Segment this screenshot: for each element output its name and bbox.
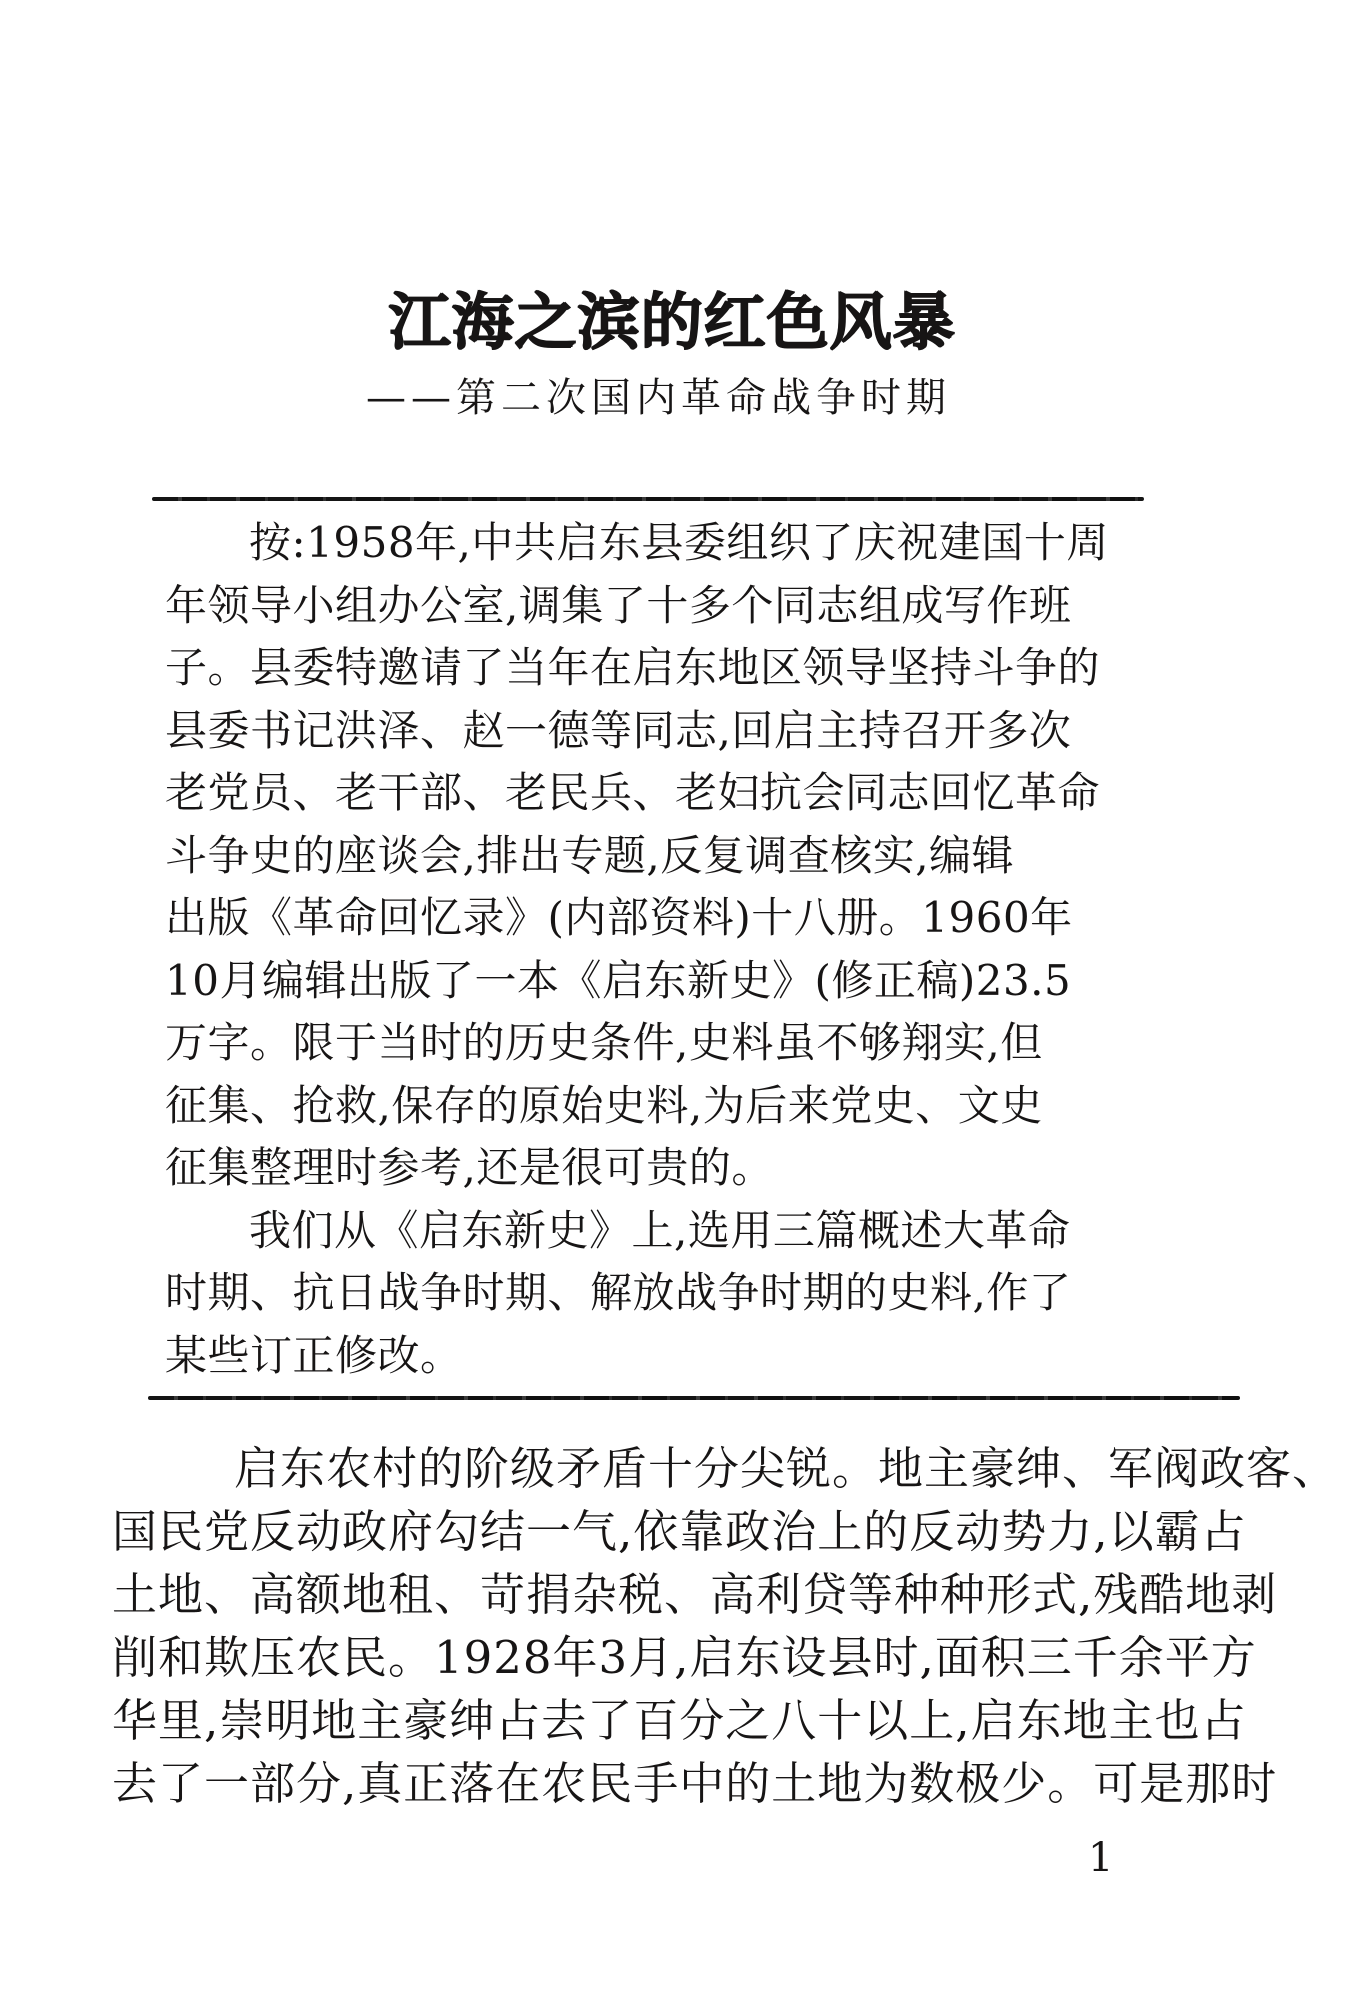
preface-line: 10月编辑出版了一本《启东新史》(修正稿)23.5 <box>165 950 1185 1013</box>
body-line: 启东农村的阶级矛盾十分尖锐。地主豪绅、军阀政客、 <box>112 1437 1302 1500</box>
preface-line: 子。县委特邀请了当年在启东地区领导坚持斗争的 <box>165 637 1185 700</box>
page-subtitle: ——第二次国内革命战争时期 <box>366 374 951 422</box>
body-text-block: 启东农村的阶级矛盾十分尖锐。地主豪绅、军阀政客、 国民党反动政府勾结一气,依靠政… <box>112 1437 1302 1815</box>
preface-block: 按:1958年,中共启东县委组织了庆祝建国十周 年领导小组办公室,调集了十多个同… <box>165 512 1185 1387</box>
body-line: 国民党反动政府勾结一气,依靠政治上的反动势力,以霸占 <box>112 1500 1302 1563</box>
body-line: 去了一部分,真正落在农民手中的土地为数极少。可是那时 <box>112 1752 1302 1815</box>
preface-line: 按:1958年,中共启东县委组织了庆祝建国十周 <box>165 512 1185 575</box>
preface-top-rule <box>152 497 1144 501</box>
preface-line: 征集、抢救,保存的原始史料,为后来党史、文史 <box>165 1075 1185 1138</box>
book-page: 江海之滨的红色风暴 ——第二次国内革命战争时期 按:1958年,中共启东县委组织… <box>0 0 1359 2004</box>
preface-line: 县委书记洪泽、赵一德等同志,回启主持召开多次 <box>165 700 1185 763</box>
page-number: 1 <box>1088 1838 1113 1878</box>
preface-bottom-rule <box>148 1396 1240 1400</box>
preface-line: 年领导小组办公室,调集了十多个同志组成写作班 <box>165 575 1185 638</box>
body-line: 华里,崇明地主豪绅占去了百分之八十以上,启东地主也占 <box>112 1689 1302 1752</box>
body-line: 土地、高额地租、苛捐杂税、高利贷等种种形式,残酷地剥 <box>112 1563 1302 1626</box>
preface-line: 斗争史的座谈会,排出专题,反复调查核实,编辑 <box>165 825 1185 888</box>
preface-line: 我们从《启东新史》上,选用三篇概述大革命 <box>165 1200 1185 1263</box>
preface-line: 万字。限于当时的历史条件,史料虽不够翔实,但 <box>165 1012 1185 1075</box>
preface-line: 某些订正修改。 <box>165 1325 1185 1388</box>
page-title: 江海之滨的红色风暴 <box>388 288 955 356</box>
body-line: 削和欺压农民。1928年3月,启东设县时,面积三千余平方 <box>112 1626 1302 1689</box>
preface-line: 老党员、老干部、老民兵、老妇抗会同志回忆革命 <box>165 762 1185 825</box>
preface-line: 时期、抗日战争时期、解放战争时期的史料,作了 <box>165 1262 1185 1325</box>
preface-line: 出版《革命回忆录》(内部资料)十八册。1960年 <box>165 887 1185 950</box>
preface-line: 征集整理时参考,还是很可贵的。 <box>165 1137 1185 1200</box>
